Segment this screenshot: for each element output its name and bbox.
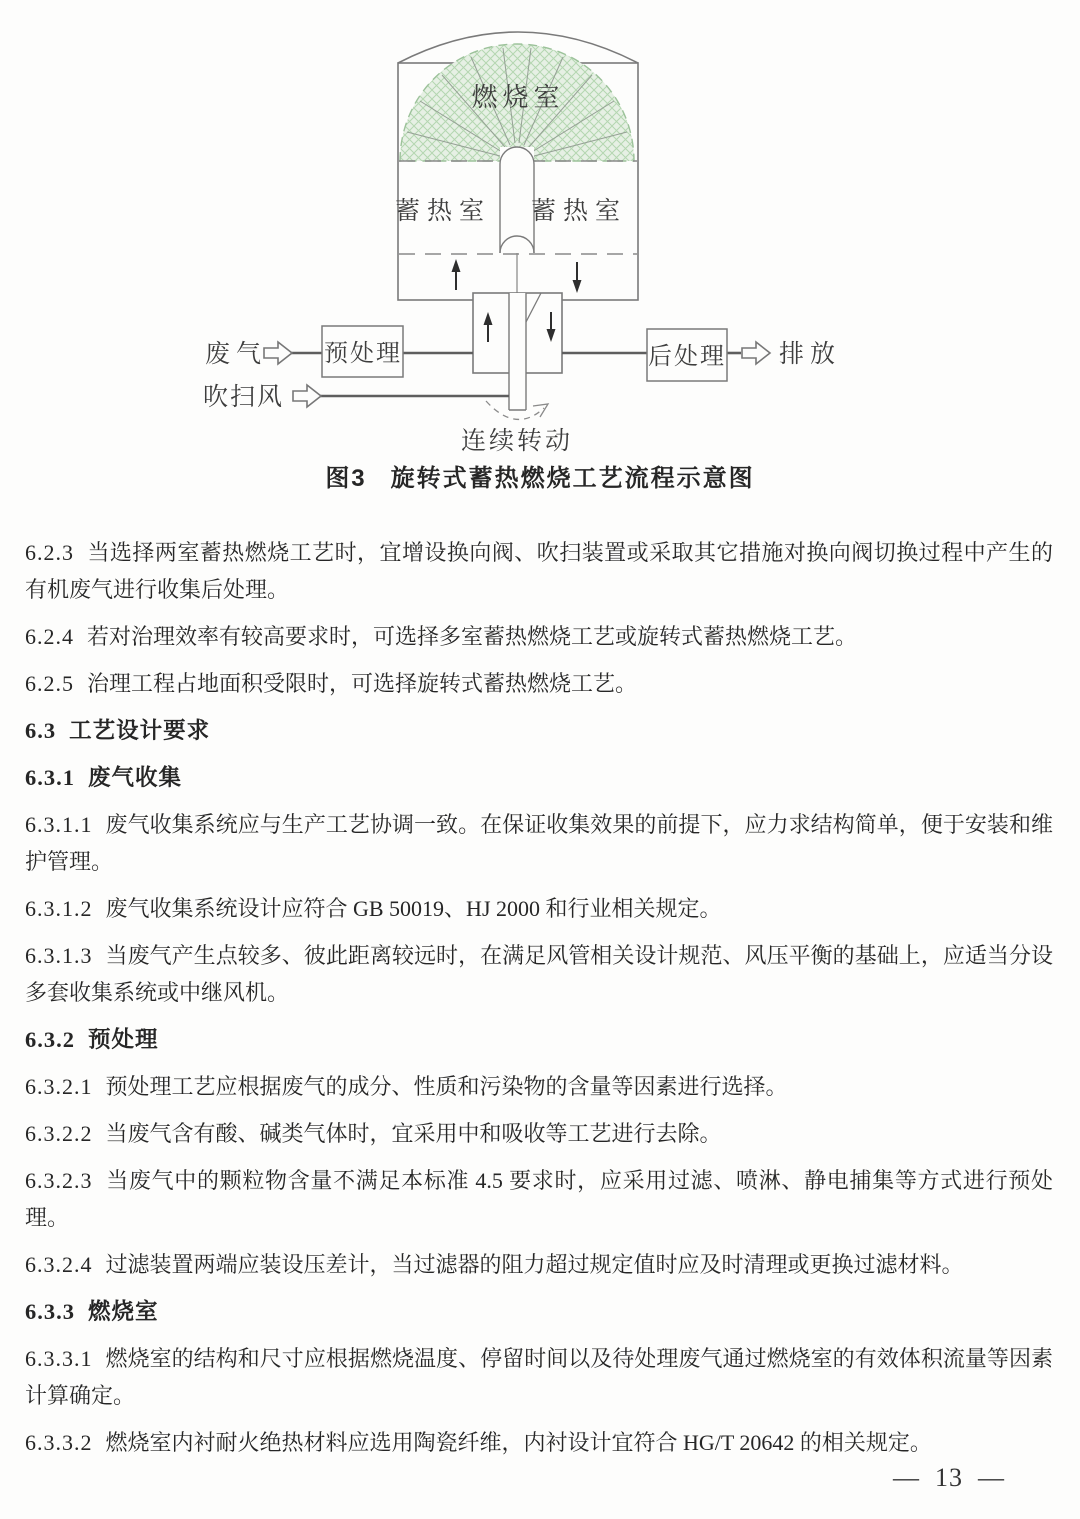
heading-text: 燃烧室 <box>88 1299 159 1324</box>
process-flow-diagram: 燃烧室 蓄热室 蓄热室 <box>0 0 1080 458</box>
clause-number: 6.3.2.2 <box>25 1121 93 1146</box>
document-page: 燃烧室 蓄热室 蓄热室 <box>0 0 1080 1519</box>
heading-6-3-1: 6.3.1废气收集 <box>25 759 1053 796</box>
clause-number: 6.3.3.2 <box>25 1430 93 1455</box>
clause-text: 当选择两室蓄热燃烧工艺时，宜增设换向阀、吹扫装置或采取其它措施对换向阀切换过程中… <box>25 540 1053 602</box>
clause-number: 6.3.1.2 <box>25 896 93 921</box>
clause-number: 6.3.2.1 <box>25 1074 93 1099</box>
heading-text: 工艺设计要求 <box>69 718 210 743</box>
heading-number: 6.3 <box>25 718 56 743</box>
page-number: 13 <box>935 1463 963 1492</box>
clause-text: 废气收集系统设计应符合 GB 50019、HJ 2000 和行业相关规定。 <box>106 896 722 921</box>
clause-number: 6.3.1.1 <box>25 812 93 837</box>
clause-text: 当废气中的颗粒物含量不满足本标准 4.5 要求时，应采用过滤、喷淋、静电捕集等方… <box>25 1168 1053 1230</box>
figure-3: 燃烧室 蓄热室 蓄热室 <box>0 0 1080 458</box>
heading-6-3-3: 6.3.3燃烧室 <box>25 1293 1053 1330</box>
heading-number: 6.3.1 <box>25 765 75 790</box>
combustion-chamber-label: 燃烧室 <box>471 83 564 112</box>
clause-6-3-2-2: 6.3.2.2当废气含有酸、碱类气体时，宜采用中和吸收等工艺进行去除。 <box>25 1115 1053 1152</box>
purge-air-label: 吹扫风 <box>203 383 284 411</box>
clause-text: 若对治理效率有较高要求时，可选择多室蓄热燃烧工艺或旋转式蓄热燃烧工艺。 <box>87 624 857 649</box>
heading-number: 6.3.3 <box>25 1299 75 1324</box>
clause-text: 废气收集系统应与生产工艺协调一致。在保证收集效果的前提下，应力求结构简单，便于安… <box>25 812 1053 874</box>
clause-text: 当废气产生点较多、彼此距离较远时，在满足风管相关设计规范、风压平衡的基础上，应适… <box>25 943 1053 1005</box>
regenerator-left-label: 蓄热室 <box>395 197 491 225</box>
footer-dash-right: — <box>978 1463 1005 1492</box>
page-number-footer: —13— <box>893 1463 1005 1493</box>
clause-number: 6.3.2.4 <box>25 1252 93 1277</box>
central-duct <box>500 147 534 293</box>
clause-number: 6.3.1.3 <box>25 943 93 968</box>
clause-6-2-3: 6.2.3当选择两室蓄热燃烧工艺时，宜增设换向阀、吹扫装置或采取其它措施对换向阀… <box>25 534 1053 608</box>
pretreatment-label: 预处理 <box>324 340 402 367</box>
pretreatment-box: 预处理 <box>322 326 403 377</box>
clause-6-2-5: 6.2.5治理工程占地面积受限时，可选择旋转式蓄热燃烧工艺。 <box>25 665 1053 702</box>
clause-number: 6.2.3 <box>25 540 74 565</box>
regenerator-right-label: 蓄热室 <box>531 197 627 225</box>
clause-number: 6.2.4 <box>25 624 74 649</box>
clause-text: 当废气含有酸、碱类气体时，宜采用中和吸收等工艺进行去除。 <box>106 1121 722 1146</box>
posttreatment-label: 后处理 <box>648 343 726 370</box>
clause-6-3-1-2: 6.3.1.2废气收集系统设计应符合 GB 50019、HJ 2000 和行业相… <box>25 890 1053 927</box>
clause-6-3-3-1: 6.3.3.1燃烧室的结构和尺寸应根据燃烧温度、停留时间以及待处理废气通过燃烧室… <box>25 1340 1053 1414</box>
clause-number: 6.2.5 <box>25 671 74 696</box>
clause-text: 过滤装置两端应装设压差计，当过滤器的阻力超过规定值时应及时清理或更换过滤材料。 <box>106 1252 964 1277</box>
heading-text: 废气收集 <box>88 765 182 790</box>
clause-number: 6.3.2.3 <box>25 1168 93 1193</box>
clause-6-3-2-4: 6.3.2.4过滤装置两端应装设压差计，当过滤器的阻力超过规定值时应及时清理或更… <box>25 1246 1053 1283</box>
clause-text: 治理工程占地面积受限时，可选择旋转式蓄热燃烧工艺。 <box>87 671 637 696</box>
clause-6-3-1-1: 6.3.1.1废气收集系统应与生产工艺协调一致。在保证收集效果的前提下，应力求结… <box>25 806 1053 880</box>
heading-number: 6.3.2 <box>25 1027 75 1052</box>
clause-number: 6.3.3.1 <box>25 1346 93 1371</box>
waste-gas-arrow-icon <box>264 342 292 364</box>
rotation-label: 连续转动 <box>461 427 573 455</box>
figure-caption-label: 图3 <box>325 458 366 493</box>
heading-6-3: 6.3工艺设计要求 <box>25 712 1053 749</box>
discharge-arrow-icon <box>742 342 770 364</box>
figure-caption-title: 旋转式蓄热燃烧工艺流程示意图 <box>391 458 755 493</box>
clause-6-3-2-3: 6.3.2.3当废气中的颗粒物含量不满足本标准 4.5 要求时，应采用过滤、喷淋… <box>25 1162 1053 1236</box>
posttreatment-box: 后处理 <box>647 329 727 381</box>
purge-air-arrow-icon <box>293 385 321 407</box>
rotary-valve <box>473 293 562 410</box>
clause-text: 预处理工艺应根据废气的成分、性质和污染物的含量等因素进行选择。 <box>106 1074 788 1099</box>
figure-caption: 图3 旋转式蓄热燃烧工艺流程示意图 <box>0 458 1080 492</box>
document-body: 6.2.3当选择两室蓄热燃烧工艺时，宜增设换向阀、吹扫装置或采取其它措施对换向阀… <box>0 492 1080 1461</box>
clause-6-3-1-3: 6.3.1.3当废气产生点较多、彼此距离较远时，在满足风管相关设计规范、风压平衡… <box>25 937 1053 1011</box>
footer-dash-left: — <box>893 1463 920 1492</box>
waste-gas-label: 废气 <box>205 340 267 368</box>
clause-text: 燃烧室的结构和尺寸应根据燃烧温度、停留时间以及待处理废气通过燃烧室的有效体积流量… <box>25 1346 1053 1408</box>
clause-6-3-2-1: 6.3.2.1预处理工艺应根据废气的成分、性质和污染物的含量等因素进行选择。 <box>25 1068 1053 1105</box>
clause-6-3-3-2: 6.3.3.2燃烧室内衬耐火绝热材料应选用陶瓷纤维，内衬设计宜符合 HG/T 2… <box>25 1424 1053 1461</box>
clause-6-2-4: 6.2.4若对治理效率有较高要求时，可选择多室蓄热燃烧工艺或旋转式蓄热燃烧工艺。 <box>25 618 1053 655</box>
clause-text: 燃烧室内衬耐火绝热材料应选用陶瓷纤维，内衬设计宜符合 HG/T 20642 的相… <box>106 1430 932 1455</box>
heading-text: 预处理 <box>88 1027 159 1052</box>
discharge-label: 排放 <box>779 340 841 368</box>
heading-6-3-2: 6.3.2预处理 <box>25 1021 1053 1058</box>
